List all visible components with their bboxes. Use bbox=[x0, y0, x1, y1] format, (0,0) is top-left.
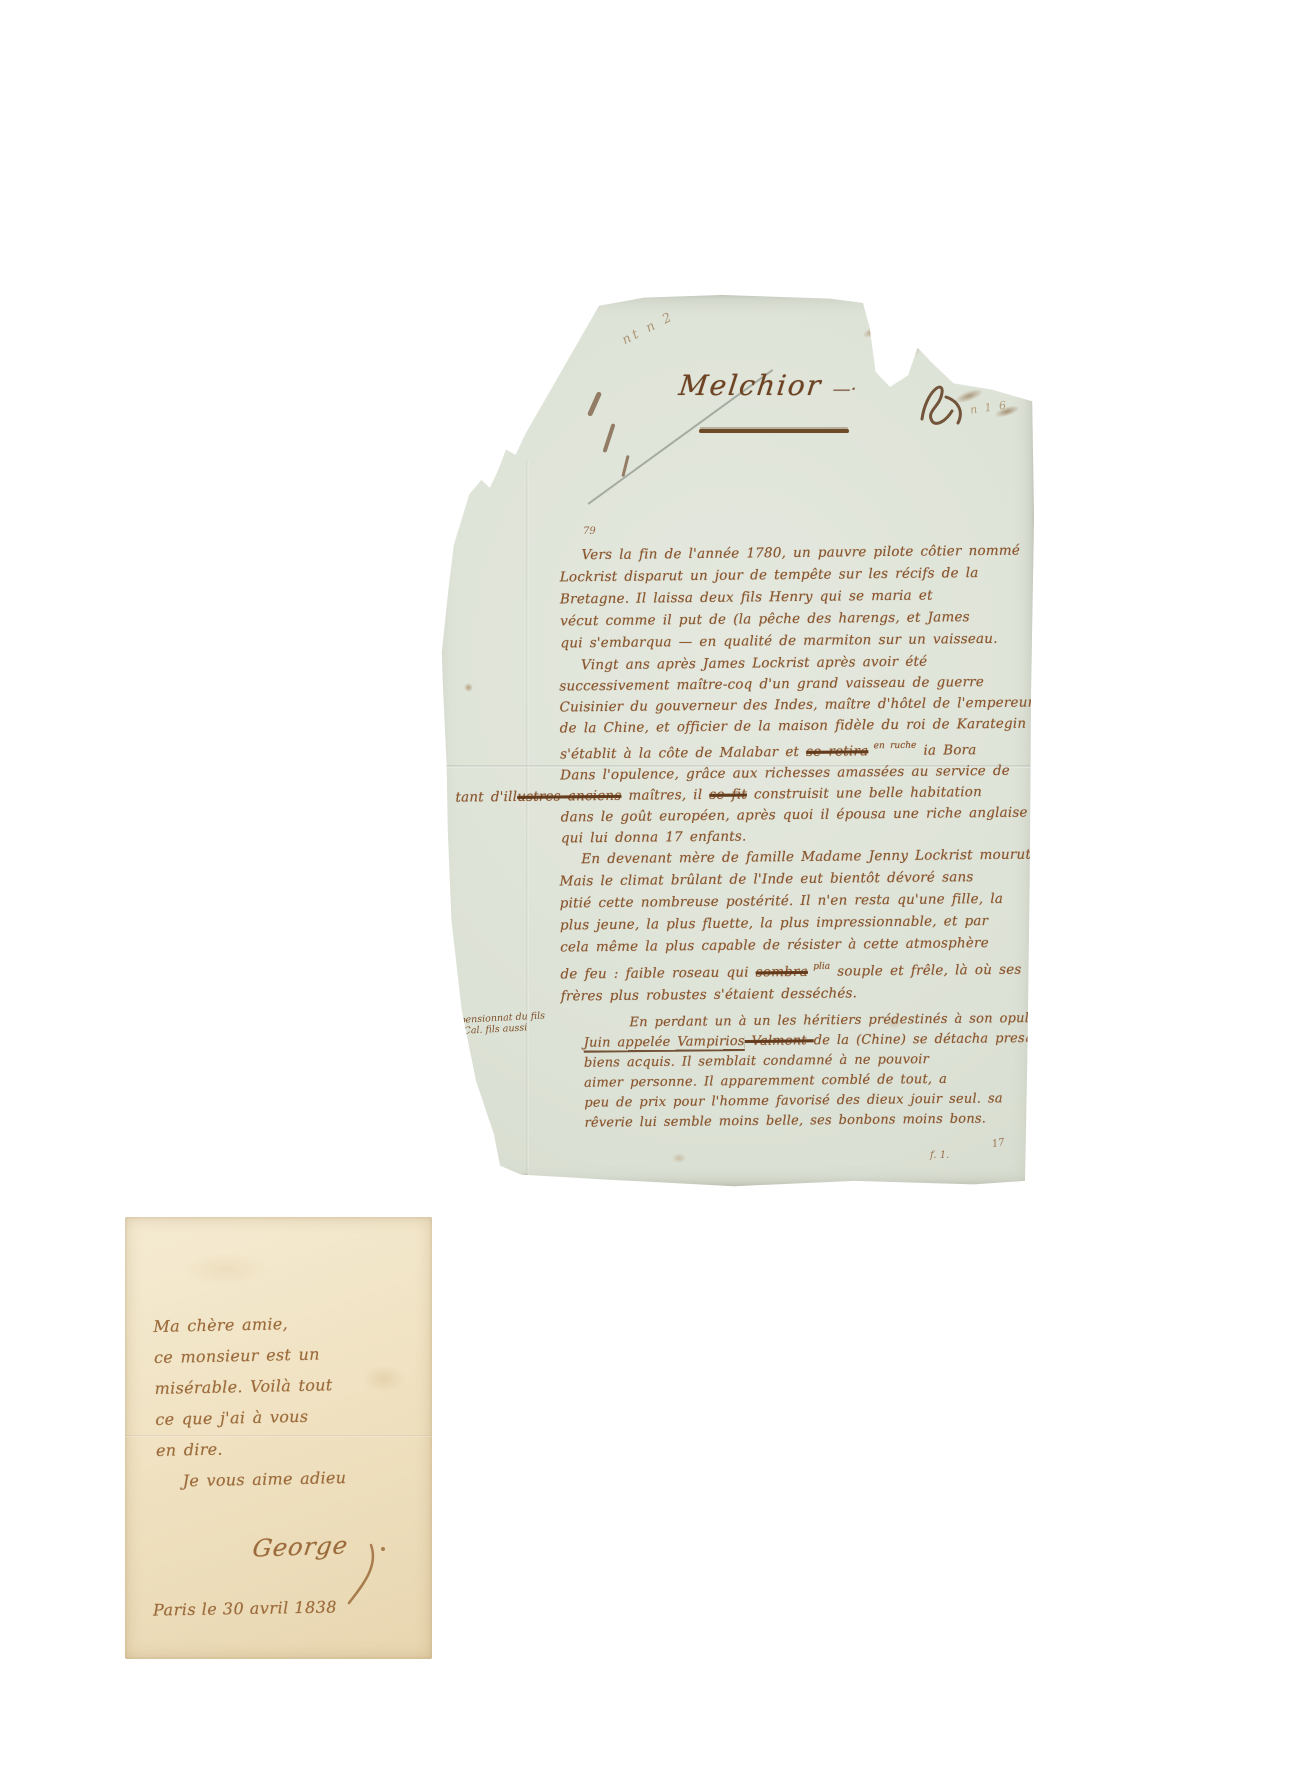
handwritten-segment: successivement maître-coq d'un grand vai… bbox=[559, 674, 984, 694]
handwritten-segment: qui s'embarqua — en qualité de marmiton … bbox=[560, 631, 997, 652]
handwritten-segment: aimer personne. Il apparemment comblé de… bbox=[584, 1072, 947, 1091]
vertical-fold-crease bbox=[526, 460, 529, 1182]
handwritten-segment: se fit bbox=[709, 787, 747, 803]
handwritten-segment: tant d'ill bbox=[455, 789, 517, 806]
letter-stain bbox=[183, 1253, 267, 1285]
footer-mark: f. 1. bbox=[930, 1150, 949, 1161]
handwritten-segment: Cuisinier du gouverneur des Indes, maîtr… bbox=[559, 695, 1034, 716]
handwritten-segment: Dans l'opulence, grâce aux richesses ama… bbox=[560, 763, 1010, 784]
handwritten-segment: plia bbox=[808, 962, 830, 972]
handwritten-segment: rêverie lui semble moins belle, ses bonb… bbox=[584, 1112, 986, 1131]
handwritten-segment: pitié cette nombreuse postérité. Il n'en… bbox=[560, 891, 1003, 912]
handwritten-segment: construisit une belle habitation bbox=[747, 784, 982, 802]
foxing-spot bbox=[520, 1173, 530, 1181]
handwritten-segment: se retira bbox=[806, 743, 868, 760]
foxing-spot bbox=[672, 1153, 686, 1163]
handwritten-segment: maîtres, il bbox=[621, 787, 709, 804]
handwritten-line: misérable. Voilà tout bbox=[154, 1369, 344, 1404]
handwritten-segment: de la (Chine) se détacha presque de ses bbox=[814, 1030, 1102, 1048]
title-text: Melchior bbox=[677, 369, 824, 402]
handwritten-segment: Valmont bbox=[745, 1033, 814, 1049]
handwritten-line: Ma chère amie, bbox=[153, 1307, 343, 1342]
manuscript-paragraph: En devenant mère de famille Madame Jenny… bbox=[559, 844, 1037, 1008]
handwritten-segment: en dire. bbox=[156, 1440, 223, 1460]
handwritten-segment: de la Chine, et officier de la maison fi… bbox=[560, 716, 1027, 737]
handwritten-segment: qui lui donna 17 enfants. bbox=[561, 829, 747, 847]
handwritten-segment: ustres anciens bbox=[517, 788, 621, 805]
handwritten-segment: dans le goût européen, après quoi il épo… bbox=[561, 805, 1028, 826]
title-dash-flourish: —· bbox=[831, 379, 857, 400]
handwritten-segment: Vingt ans après James Lockrist après avo… bbox=[581, 654, 927, 674]
handwritten-segment: misérable. Voilà tout bbox=[154, 1375, 332, 1398]
handwritten-line: ce que j'ai à vous bbox=[155, 1400, 345, 1435]
dateline: Paris le 30 avril 1838 bbox=[153, 1597, 337, 1619]
handwritten-segment: Juin appelée Vampirios bbox=[584, 1034, 745, 1051]
handwritten-segment: en ruche bbox=[868, 741, 916, 752]
handwritten-segment: souple et frêle, là où ses bbox=[830, 962, 1022, 980]
manuscript-page: nt n 2 n 1 6 Melchior —· 79 Vers la fin … bbox=[434, 295, 1034, 1188]
handwritten-segment: de feu : faible roseau qui bbox=[560, 964, 755, 982]
manuscript-paragraph: En perdant un à un les héritiers prédest… bbox=[583, 1008, 1102, 1133]
handwritten-segment: frères plus robustes s'étaient desséchés… bbox=[561, 985, 858, 1004]
handwritten-segment: Lockrist disparut un jour de tempête sur… bbox=[560, 565, 979, 585]
handwritten-segment: biens acquis. Il semblait condamné à ne … bbox=[584, 1052, 929, 1071]
handwritten-segment: ce que j'ai à vous bbox=[155, 1407, 308, 1429]
letter-stain bbox=[363, 1365, 405, 1393]
handwritten-segment: cela même la plus capable de résister à … bbox=[560, 935, 989, 955]
footer-mark: 17 bbox=[991, 1137, 1005, 1150]
handwritten-segment: Vers la fin de l'année 1780, un pauvre p… bbox=[581, 543, 1020, 564]
handwritten-segment: ia Bora bbox=[916, 742, 976, 759]
folio-number: 79 bbox=[583, 526, 596, 537]
handwritten-line: en dire. bbox=[156, 1431, 346, 1466]
letter-page: Ma chère amie,ce monsieur est unmisérabl… bbox=[125, 1217, 432, 1659]
handwritten-line: ce monsieur est un bbox=[154, 1338, 344, 1373]
handwritten-segment: peu de prix pour l'homme favorisé des di… bbox=[584, 1091, 1003, 1110]
handwritten-segment: Je vous aime adieu bbox=[182, 1468, 346, 1490]
manuscript-paragraph: Vers la fin de l'année 1780, un pauvre p… bbox=[559, 540, 1021, 655]
handwritten-segment: Bretagne. Il laissa deux fils Henry qui … bbox=[560, 588, 933, 608]
handwritten-line: de feu : faible roseau qui sombra plia s… bbox=[560, 954, 1037, 986]
handwritten-segment: ce monsieur est un bbox=[154, 1345, 320, 1367]
foxing-spot bbox=[464, 683, 473, 692]
manuscript-paragraph: Vingt ans après James Lockrist après avo… bbox=[559, 651, 1036, 850]
letter-body: Ma chère amie,ce monsieur est unmisérabl… bbox=[153, 1307, 347, 1497]
handwritten-segment: s'établit à la côte de Malabar et bbox=[560, 744, 806, 763]
title-underline bbox=[699, 429, 849, 433]
handwritten-segment: En devenant mère de famille Madame Jenny… bbox=[581, 847, 1035, 868]
handwritten-segment: sombra bbox=[756, 964, 808, 981]
manuscript-title: Melchior —· bbox=[432, 369, 1070, 402]
handwritten-segment: plus jeune, la plus fluette, la plus imp… bbox=[560, 913, 988, 933]
handwritten-segment: vécut comme il put de (la pêche des hare… bbox=[560, 609, 970, 629]
handwritten-segment: Ma chère amie, bbox=[153, 1314, 288, 1336]
foxing-spot bbox=[444, 1083, 470, 1105]
handwritten-line: Je vous aime adieu bbox=[156, 1462, 346, 1497]
handwritten-segment: Mais le climat brûlant de l'Inde eut bie… bbox=[559, 869, 973, 889]
handwritten-segment: En perdant un à un les héritiers prédest… bbox=[629, 1011, 1061, 1031]
